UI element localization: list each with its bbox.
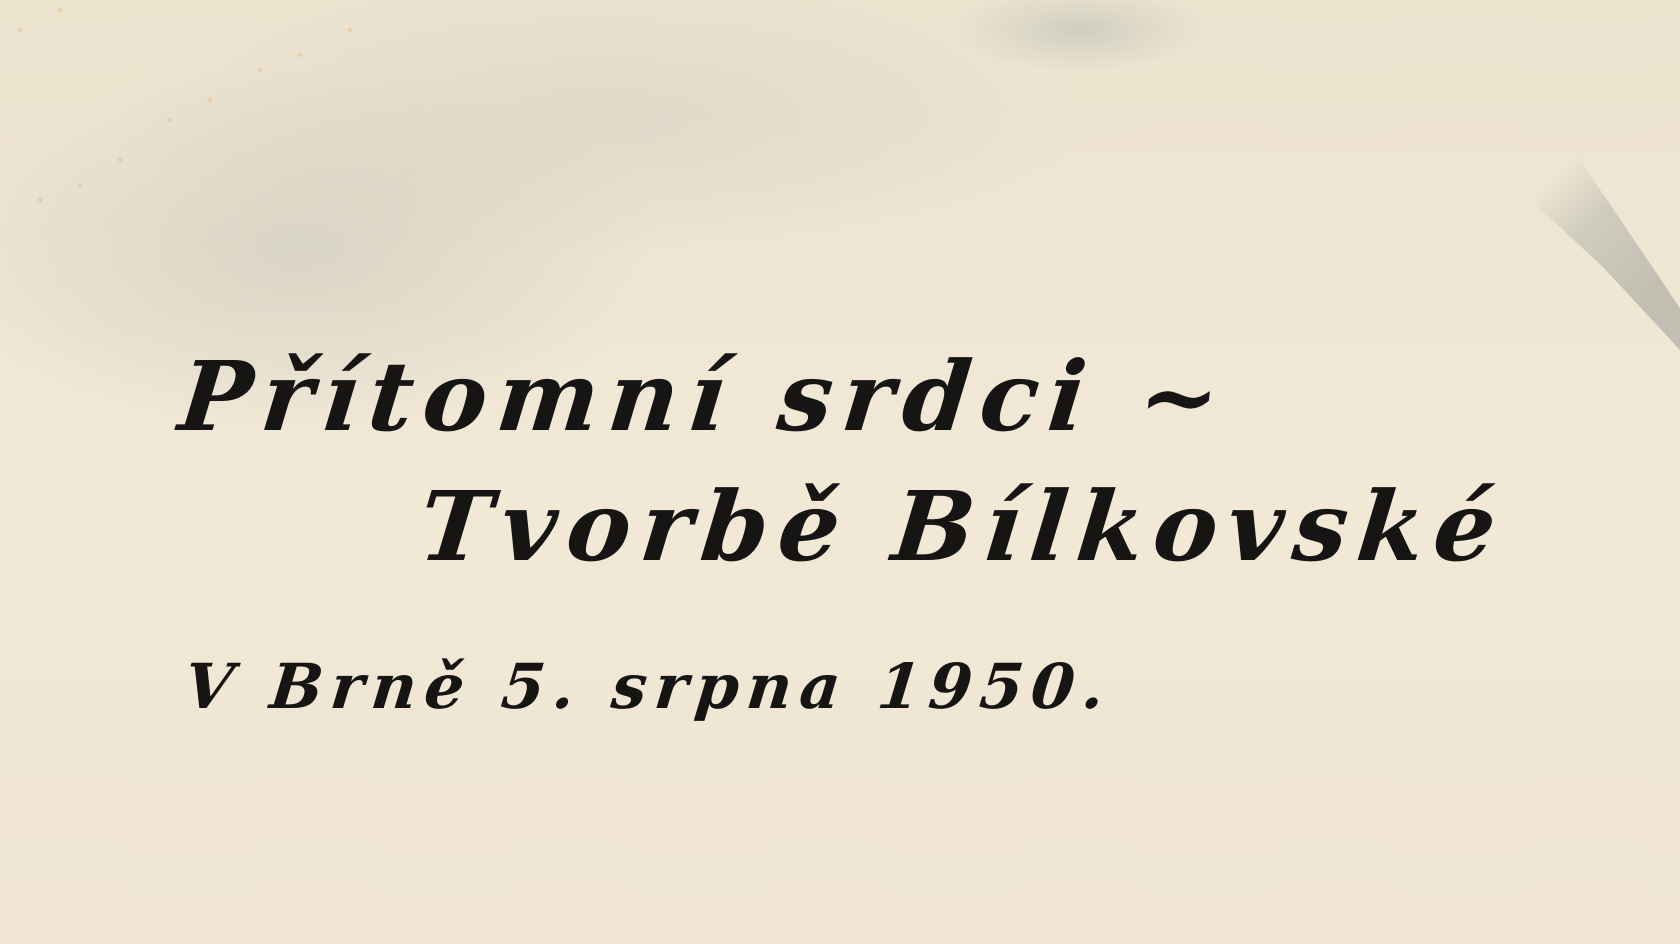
dedication-line-2: Tvorbě Bílkovské <box>414 470 1511 583</box>
orange-pigment-speckle <box>0 0 520 260</box>
dedication-line-1: Přítomní srdci ~ <box>174 340 1235 453</box>
place-date-line: V Brně 5. srpna 1950. <box>181 650 1116 723</box>
